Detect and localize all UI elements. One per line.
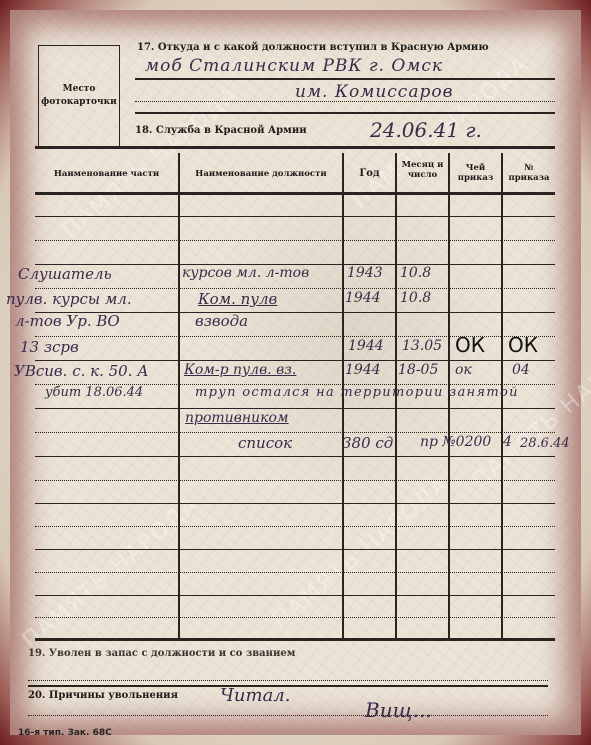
row-7-order-number: 28.6.44 — [520, 436, 570, 451]
row-3-whose-order: ОК — [455, 333, 485, 357]
row-4-unit: УВсив. с. к. 50. А — [14, 362, 149, 380]
divider — [28, 680, 548, 681]
row-5-position: труп остался на территории занятой — [195, 385, 519, 400]
row-line — [35, 456, 555, 457]
row-line — [35, 216, 555, 217]
section-17-value-line1: моб Сталинским РВК г. Омск — [145, 56, 443, 76]
divider — [28, 715, 548, 716]
section-20-label: 20. Причины увольнения — [28, 690, 178, 701]
divider — [135, 78, 555, 80]
divider — [135, 101, 555, 102]
row-line — [35, 617, 555, 618]
row-7-whose-order: 4 — [503, 434, 512, 450]
header-position: Наименование должности — [180, 169, 342, 179]
row-3-order-number: ОК — [508, 333, 538, 357]
header-year: Год — [344, 169, 395, 179]
row-0-position: курсов мл. л-тов — [182, 265, 309, 281]
row-3-year: 1944 — [348, 338, 384, 354]
row-line — [35, 288, 555, 289]
row-line — [35, 526, 555, 527]
row-1-month-day: 10.8 — [400, 290, 431, 306]
photo-box-label-line1: Место — [63, 83, 96, 96]
row-line — [35, 408, 555, 409]
header-order-number: № приказа — [503, 163, 555, 183]
row-line — [35, 480, 555, 481]
row-7-position: список — [238, 434, 292, 452]
row-3-month-day: 13.05 — [402, 338, 442, 354]
row-2-unit: л-тов Ур. ВО — [15, 312, 120, 330]
signature: Вищ... — [365, 698, 432, 722]
row-4-position: Ком-р пулв. вз. — [184, 362, 296, 378]
row-6-position: противником — [185, 410, 288, 426]
header-unit: Наименование части — [35, 169, 178, 179]
row-0-unit: Слушатель — [18, 265, 112, 283]
table-top-border — [35, 146, 555, 149]
table-header-border — [35, 192, 555, 195]
row-line — [35, 549, 555, 550]
section-18-label: 18. Служба в Красной Армии — [135, 125, 307, 136]
row-line — [35, 572, 555, 573]
row-4-year: 1944 — [345, 362, 381, 378]
section-17-value-line2: им. Комиссаров — [295, 82, 453, 102]
section-19-label: 19. Уволен в запас с должности и со зван… — [28, 648, 295, 659]
divider — [135, 112, 555, 114]
header-whose-order: Чей приказ — [450, 163, 501, 183]
row-4-month-day: 18-05 — [398, 362, 438, 378]
row-1-position: Ком. пулв — [198, 290, 277, 308]
photo-box-label-line2: фотокарточки — [41, 96, 117, 109]
header-month-day: Месяц и число — [397, 160, 448, 180]
row-1-unit: пулв. курсы мл. — [6, 290, 132, 308]
print-info-footer: 16-я тип. Зак. 68С — [18, 728, 112, 738]
photo-placeholder-box: Место фотокарточки — [38, 45, 120, 147]
row-5-unit: убит 18.06.44 — [45, 385, 143, 400]
row-line — [35, 595, 555, 596]
row-line — [35, 240, 555, 241]
row-1-year: 1944 — [345, 290, 381, 306]
row-4-order-number: 04 — [512, 362, 530, 378]
row-7-year: 380 сд — [342, 434, 393, 452]
row-4-whose-order: ок — [455, 362, 472, 378]
row-line — [35, 360, 555, 361]
row-0-month-day: 10.8 — [400, 265, 431, 281]
row-3-unit: 13 зсрв — [20, 338, 79, 356]
row-0-year: 1943 — [347, 265, 383, 281]
section-17-label: 17. Откуда и с какой должности вступил в… — [137, 42, 489, 53]
row-line — [35, 503, 555, 504]
row-7-month-day: пр №0200 — [420, 434, 491, 450]
row-2-position: взвода — [195, 312, 248, 330]
section-18-value: 24.06.41 г. — [370, 118, 482, 142]
table-bottom-border — [35, 638, 555, 641]
column-divider — [178, 153, 180, 638]
section-20-value: Читал. — [220, 685, 291, 706]
row-line — [35, 432, 555, 433]
